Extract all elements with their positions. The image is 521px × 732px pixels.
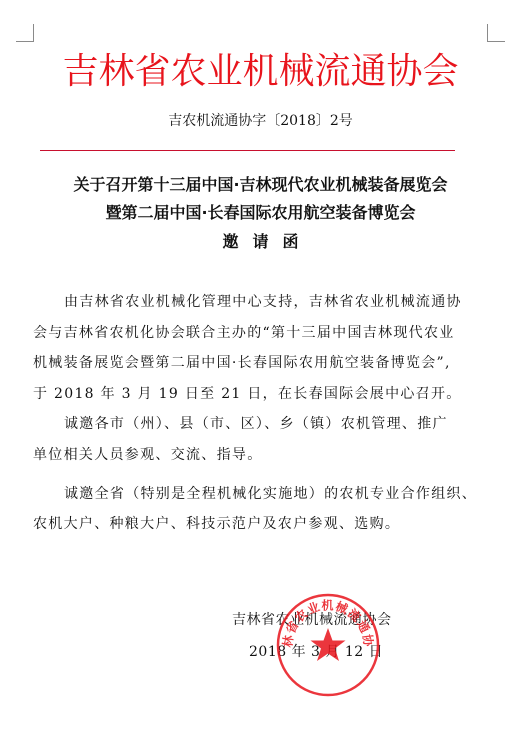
body-line: 由吉林省农业机械化管理中心支持，吉林省农业机械流通协 — [64, 292, 474, 312]
body-line: 机械装备展览会暨第二届中国·长春国际农用航空装备博览会”, — [33, 353, 473, 373]
title-line-1: 关于召开第十三届中国·吉林现代农业机械装备展览会 — [0, 174, 521, 196]
corner-mark-top-left — [16, 24, 34, 42]
official-seal-stamp: 吉林省农业机械流通协会 — [275, 592, 381, 698]
document-number: 吉农机流通协字〔2018〕2号 — [0, 111, 521, 131]
corner-mark-top-right — [487, 24, 505, 42]
body-line: 于 2018 年 3 月 19 日至 21 日，在长春国际会展中心召开。 — [33, 384, 473, 404]
title-line-2: 暨第二届中国·长春国际农用航空装备博览会 — [0, 202, 521, 224]
body-line: 单位相关人员参观、交流、指导。 — [33, 445, 473, 465]
body-line: 农机大户、种粮大户、科技示范户及农户参观、选购。 — [33, 514, 473, 534]
star-icon — [311, 628, 346, 661]
body-line: 诚邀全省（特别是全程机械化实施地）的农机专业合作组织、 — [64, 484, 474, 504]
red-divider-rule — [40, 150, 455, 151]
document-page: 吉林省农业机械流通协会 吉农机流通协字〔2018〕2号 关于召开第十三届中国·吉… — [0, 0, 521, 732]
title-invitation: 邀请函 — [0, 231, 521, 253]
body-line: 诚邀各市（州）、县（市、区）、乡（镇）农机管理、推广 — [64, 414, 474, 434]
organization-header: 吉林省农业机械流通协会 — [0, 50, 521, 94]
body-line: 会与吉林省农机化协会联合主办的“第十三届中国吉林现代农业 — [33, 323, 473, 343]
